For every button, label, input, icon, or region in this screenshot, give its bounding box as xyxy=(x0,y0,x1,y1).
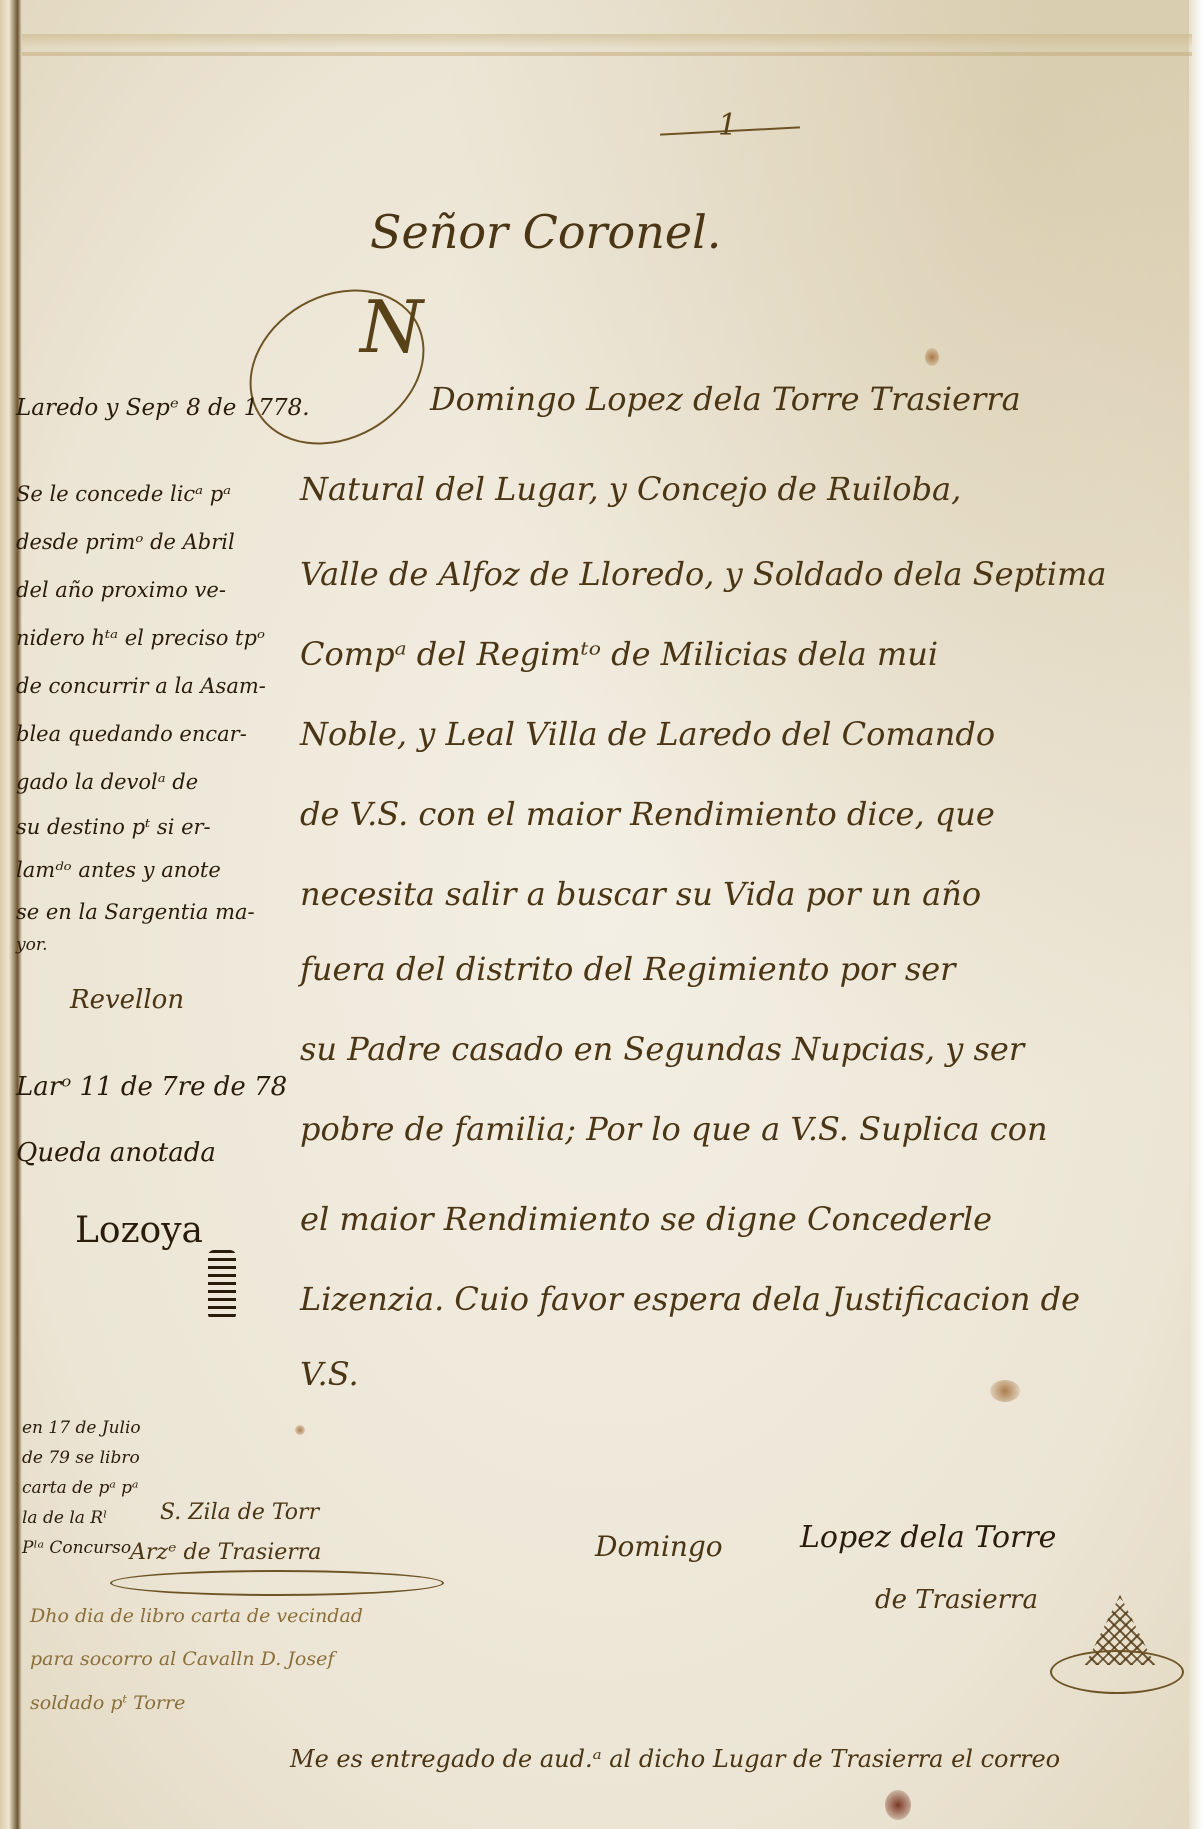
paper-fold-line xyxy=(22,52,1192,56)
ink-stain xyxy=(295,1425,305,1435)
folio-number: 1 xyxy=(660,112,800,142)
faint-note-line: soldado pᵗ Torre xyxy=(30,1692,185,1714)
margin-decree-line: Se le concede licᵃ pᵃ xyxy=(16,482,231,506)
body-line: su Padre casado en Segundas Nupcias, y s… xyxy=(300,1030,1024,1068)
later-note-line: de 79 se libro xyxy=(22,1448,140,1468)
body-line: fuera del distrito del Regimiento por se… xyxy=(300,950,955,988)
body-line: Domingo Lopez dela Torre Trasierra xyxy=(430,380,1021,418)
faint-note-line: Dho dia de libro carta de vecindad xyxy=(30,1605,363,1627)
body-line: Noble, y Leal Villa de Laredo del Comand… xyxy=(300,715,995,753)
body-line: de V.S. con el maior Rendimiento dice, q… xyxy=(300,795,995,833)
margin-decree-line: del año proximo ve- xyxy=(16,578,226,602)
later-note-line: Pˡᵃ Concurso xyxy=(22,1538,131,1558)
ink-stain xyxy=(990,1380,1020,1402)
body-line: Valle de Alfoz de Lloredo, y Soldado del… xyxy=(300,555,1107,593)
margin-decree-line: su destino pᵗ si er- xyxy=(16,815,211,839)
body-line: el maior Rendimiento se digne Concederle xyxy=(300,1200,992,1238)
manuscript-page: 1 Señor Coronel. N Laredo y Sepᵉ 8 de 17… xyxy=(0,0,1203,1829)
body-line: necesita salir a buscar su Vida por un a… xyxy=(300,875,981,913)
signature-first-name: Domingo xyxy=(595,1530,723,1563)
signature-flourish xyxy=(110,1570,444,1596)
signature-second-line: de Trasierra xyxy=(875,1585,1038,1615)
margin-registry-date: Larᵒ 11 de 7re de 78 xyxy=(16,1072,287,1102)
signature-swirl xyxy=(1050,1650,1184,1694)
margin-decree-line: lamᵈᵒ antes y anote xyxy=(16,858,221,882)
margin-decree-line: nidero hᵗᵃ el preciso tpᵒ xyxy=(16,626,265,650)
later-note-line: en 17 de Julio xyxy=(22,1418,141,1438)
later-signature: S. Zila de Torr xyxy=(160,1500,319,1525)
faint-note-line: para socorro al Cavalln D. Josef xyxy=(30,1648,334,1670)
signature-last-name: Lopez dela Torre xyxy=(800,1520,1056,1555)
margin-decree-line: blea quedando encar- xyxy=(16,722,247,746)
body-line: Lizenzia. Cuio favor espera dela Justifi… xyxy=(300,1280,1080,1318)
ink-stain xyxy=(885,1790,911,1820)
body-line: Compᵃ del Regimᵗᵒ de Milicias dela mui xyxy=(300,635,938,673)
margin-decree-line: desde primᵒ de Abril xyxy=(16,530,235,554)
page-edge xyxy=(1189,0,1203,1829)
bottom-note: Me es entregado de aud.ᵃ al dicho Lugar … xyxy=(290,1745,1060,1773)
margin-decree-line: se en la Sargentia ma- xyxy=(16,900,255,924)
lozoya-rubric xyxy=(208,1250,236,1320)
later-signature-sub: Arzᵉ de Trasierra xyxy=(130,1540,321,1565)
body-line: pobre de familia; Por lo que a V.S. Supl… xyxy=(300,1110,1048,1148)
margin-decree-line: gado la devolᵃ de xyxy=(16,770,198,794)
later-note-line: la de la Rˡ xyxy=(22,1508,107,1528)
folio-number-text: 1 xyxy=(718,108,737,143)
margin-signature-revellon: Revellon xyxy=(70,985,184,1015)
margin-place-date: Laredo y Sepᵉ 8 de 1778. xyxy=(16,395,310,421)
ink-stain xyxy=(925,348,939,366)
body-line: Natural del Lugar, y Concejo de Ruiloba, xyxy=(300,470,961,508)
margin-registry-note: Queda anotada xyxy=(16,1138,216,1168)
monogram-letter: N xyxy=(360,285,423,369)
document-title: Señor Coronel. xyxy=(370,205,721,259)
margin-decree-line: de concurrir a la Asam- xyxy=(16,674,266,698)
paper-fold xyxy=(22,34,1192,48)
later-note-line: carta de pᵃ pᵃ xyxy=(22,1478,138,1498)
margin-decree-line: yor. xyxy=(16,935,48,955)
body-line: V.S. xyxy=(300,1355,359,1393)
margin-signature-lozoya: Lozoya xyxy=(75,1210,203,1251)
